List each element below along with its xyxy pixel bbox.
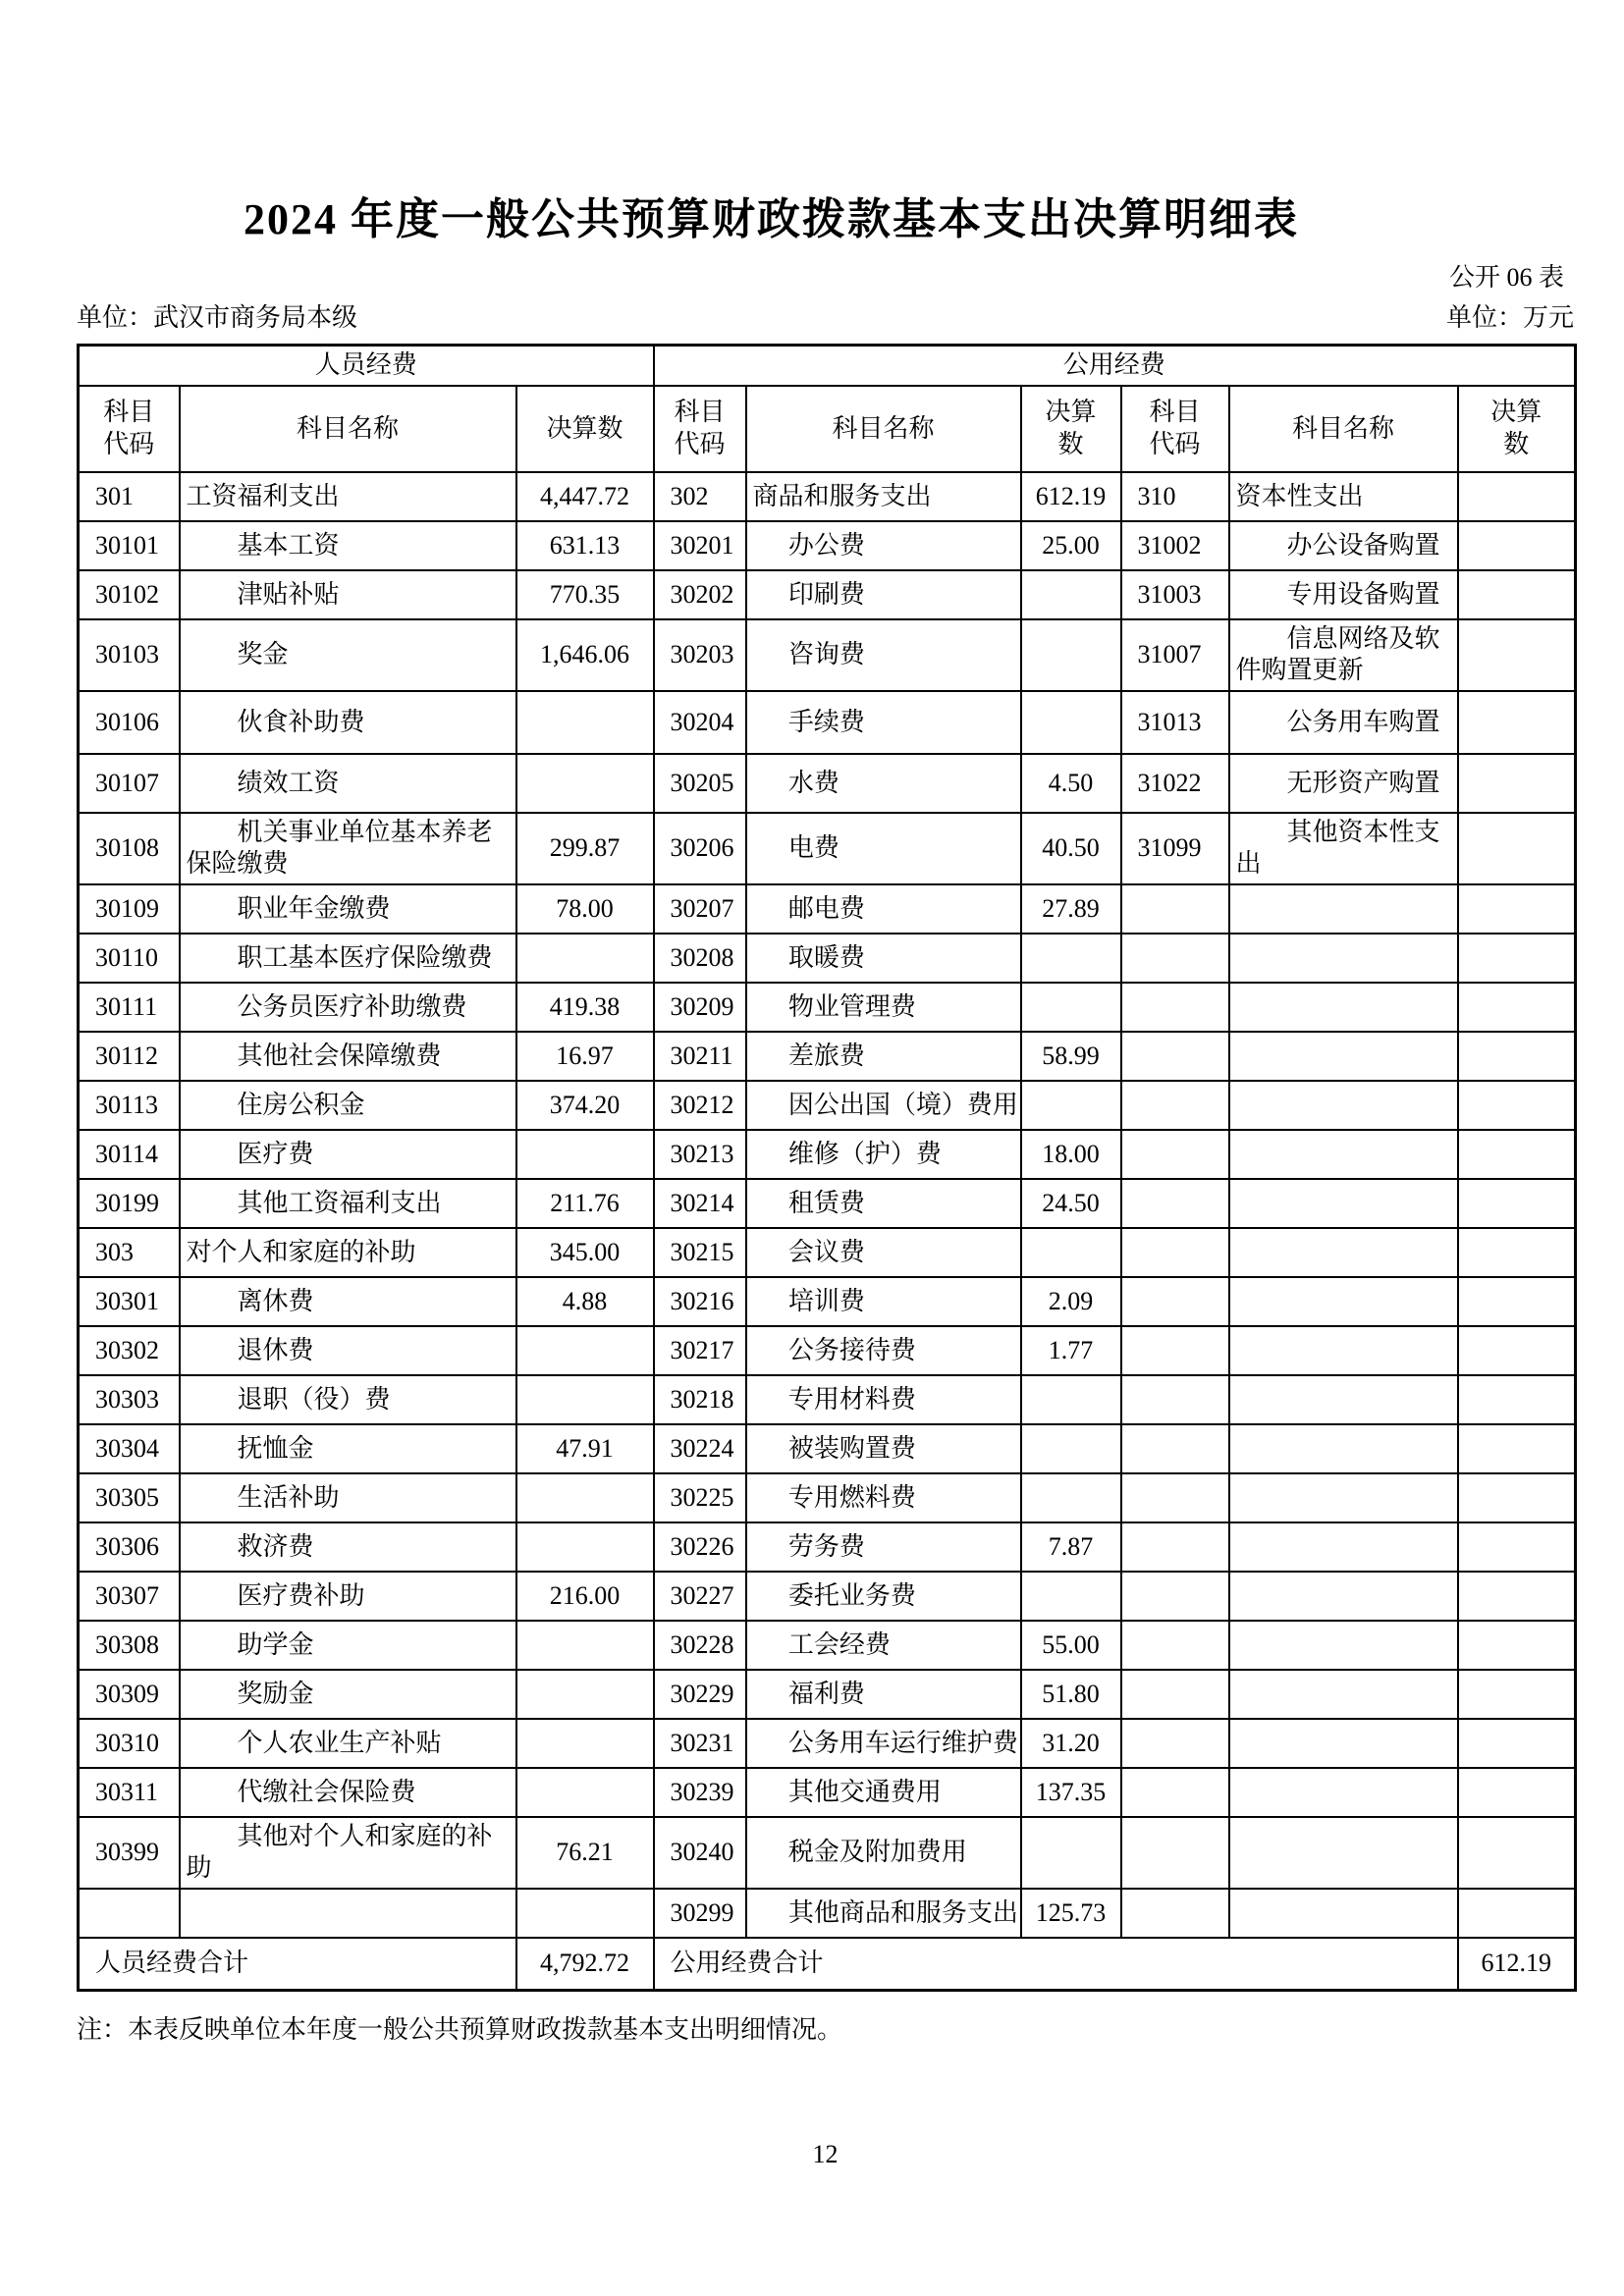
subject-code-cell: 30110	[79, 934, 180, 983]
amount-cell	[516, 754, 654, 813]
subject-code-cell: 30303	[79, 1375, 180, 1424]
group-header-public: 公用经费	[654, 346, 1576, 386]
subject-code-cell	[1121, 1522, 1229, 1572]
amount-cell	[1021, 983, 1121, 1032]
subject-code-cell: 30217	[654, 1326, 746, 1375]
table-row: 30111公务员医疗补助缴费419.3830209物业管理费	[79, 983, 1576, 1032]
subject-name-cell	[1229, 1768, 1458, 1817]
subject-name-cell: 会议费	[746, 1228, 1021, 1277]
amount-cell	[1458, 1375, 1576, 1424]
table-row: 303对个人和家庭的补助345.0030215会议费	[79, 1228, 1576, 1277]
amount-cell	[1458, 1179, 1576, 1228]
amount-cell	[1021, 619, 1121, 691]
subject-name-cell: 其他交通费用	[746, 1768, 1021, 1817]
table-row: 30311代缴社会保险费30239其他交通费用137.35	[79, 1768, 1576, 1817]
subject-name-cell: 培训费	[746, 1277, 1021, 1326]
subject-name-cell	[1229, 934, 1458, 983]
subject-name-cell: 专用材料费	[746, 1375, 1021, 1424]
amount-cell: 58.99	[1021, 1032, 1121, 1081]
subject-name-cell: 公务用车运行维护费	[746, 1719, 1021, 1768]
amount-cell	[1021, 1081, 1121, 1130]
amount-cell	[1458, 1719, 1576, 1768]
amount-cell	[516, 1670, 654, 1719]
column-header-name: 科目名称	[1229, 386, 1458, 472]
subject-code-cell: 30228	[654, 1621, 746, 1670]
table-row: 30399其他对个人和家庭的补助76.2130240税金及附加费用	[79, 1817, 1576, 1889]
subject-code-cell: 30201	[654, 521, 746, 570]
table-row: 30102津贴补贴770.3530202印刷费31003专用设备购置	[79, 570, 1576, 619]
subject-code-cell	[1121, 1032, 1229, 1081]
amount-cell	[1458, 934, 1576, 983]
public-total-value: 612.19	[1458, 1938, 1576, 1991]
amount-cell: 76.21	[516, 1817, 654, 1889]
subject-name-cell: 退职（役）费	[180, 1375, 516, 1424]
budget-table: 人员经费 公用经费 科目代码 科目名称 决算数 科目代码 科目名称 决算数 科目…	[77, 344, 1577, 1992]
subject-name-cell: 伙食补助费	[180, 691, 516, 754]
subject-name-cell: 退休费	[180, 1326, 516, 1375]
subject-name-cell: 水费	[746, 754, 1021, 813]
subject-name-cell: 其他商品和服务支出	[746, 1889, 1021, 1938]
subject-code-cell: 30113	[79, 1081, 180, 1130]
amount-cell: 137.35	[1021, 1768, 1121, 1817]
amount-cell	[1458, 1621, 1576, 1670]
subject-name-cell: 其他社会保障缴费	[180, 1032, 516, 1081]
subject-name-cell: 维修（护）费	[746, 1130, 1021, 1179]
subject-code-cell: 310	[1121, 472, 1229, 521]
table-row: 30106伙食补助费30204手续费31013公务用车购置	[79, 691, 1576, 754]
subject-name-cell	[1229, 1817, 1458, 1889]
subject-name-cell	[1229, 1081, 1458, 1130]
footnote: 注：本表反映单位本年度一般公共预算财政拨款基本支出明细情况。	[77, 2009, 1574, 2046]
subject-name-cell: 工会经费	[746, 1621, 1021, 1670]
subject-code-cell: 31099	[1121, 813, 1229, 884]
amount-cell	[1458, 1817, 1576, 1889]
subject-code-cell: 30308	[79, 1621, 180, 1670]
amount-cell	[1458, 521, 1576, 570]
column-header-code: 科目代码	[1121, 386, 1229, 472]
table-row: 30112其他社会保障缴费16.9730211差旅费58.99	[79, 1032, 1576, 1081]
subject-name-cell: 奖金	[180, 619, 516, 691]
amount-cell	[1458, 691, 1576, 754]
subject-code-cell: 301	[79, 472, 180, 521]
subject-name-cell: 个人农业生产补贴	[180, 1719, 516, 1768]
subject-name-cell: 医疗费	[180, 1130, 516, 1179]
subject-name-cell: 因公出国（境）费用	[746, 1081, 1021, 1130]
table-row: 30110职工基本医疗保险缴费30208取暖费	[79, 934, 1576, 983]
amount-cell: 299.87	[516, 813, 654, 884]
subject-code-cell: 30224	[654, 1424, 746, 1473]
amount-cell	[1458, 472, 1576, 521]
table-row: 30108机关事业单位基本养老保险缴费299.8730206电费40.50310…	[79, 813, 1576, 884]
subject-code-cell: 30102	[79, 570, 180, 619]
subject-code-cell: 302	[654, 472, 746, 521]
subject-code-cell	[1121, 1326, 1229, 1375]
table-row: 30307医疗费补助216.0030227委托业务费	[79, 1572, 1576, 1621]
currency-unit-label: 单位：万元	[1446, 297, 1574, 334]
subject-name-cell: 离休费	[180, 1277, 516, 1326]
subject-code-cell: 30218	[654, 1375, 746, 1424]
amount-cell: 419.38	[516, 983, 654, 1032]
table-row: 30109职业年金缴费78.0030207邮电费27.89	[79, 884, 1576, 934]
subject-name-cell: 租赁费	[746, 1179, 1021, 1228]
amount-cell: 1.77	[1021, 1326, 1121, 1375]
subject-name-cell: 印刷费	[746, 570, 1021, 619]
subject-code-cell: 30199	[79, 1179, 180, 1228]
subject-code-cell: 30216	[654, 1277, 746, 1326]
table-row: 30303退职（役）费30218专用材料费	[79, 1375, 1576, 1424]
subject-name-cell: 商品和服务支出	[746, 472, 1021, 521]
subject-code-cell: 31002	[1121, 521, 1229, 570]
amount-cell	[516, 934, 654, 983]
amount-cell: 24.50	[1021, 1179, 1121, 1228]
subject-code-cell	[1121, 1719, 1229, 1768]
subject-name-cell: 差旅费	[746, 1032, 1021, 1081]
subject-name-cell: 福利费	[746, 1670, 1021, 1719]
subject-name-cell: 助学金	[180, 1621, 516, 1670]
amount-cell	[516, 1768, 654, 1817]
amount-cell	[1458, 813, 1576, 884]
subject-name-cell: 抚恤金	[180, 1424, 516, 1473]
subject-code-cell	[1121, 1473, 1229, 1522]
subject-code-cell: 30299	[654, 1889, 746, 1938]
subject-name-cell: 税金及附加费用	[746, 1817, 1021, 1889]
subject-code-cell: 31022	[1121, 754, 1229, 813]
subject-name-cell: 咨询费	[746, 619, 1021, 691]
subject-name-cell: 对个人和家庭的补助	[180, 1228, 516, 1277]
amount-cell: 216.00	[516, 1572, 654, 1621]
column-header-name: 科目名称	[180, 386, 516, 472]
table-row: 30309奖励金30229福利费51.80	[79, 1670, 1576, 1719]
subject-code-cell: 30307	[79, 1572, 180, 1621]
amount-cell	[1021, 1228, 1121, 1277]
subject-name-cell: 信息网络及软件购置更新	[1229, 619, 1458, 691]
subject-name-cell: 公务用车购置	[1229, 691, 1458, 754]
amount-cell: 4.88	[516, 1277, 654, 1326]
subject-code-cell: 30301	[79, 1277, 180, 1326]
amount-cell	[1021, 1572, 1121, 1621]
column-header-code: 科目代码	[79, 386, 180, 472]
amount-cell	[516, 1889, 654, 1938]
form-number-label: 公开 06 表	[77, 257, 1574, 294]
amount-cell: 55.00	[1021, 1621, 1121, 1670]
amount-cell	[1458, 570, 1576, 619]
subject-name-cell: 奖励金	[180, 1670, 516, 1719]
table-row: 30113住房公积金374.2030212因公出国（境）费用	[79, 1081, 1576, 1130]
subject-code-cell: 30310	[79, 1719, 180, 1768]
amount-cell: 2.09	[1021, 1277, 1121, 1326]
amount-cell: 27.89	[1021, 884, 1121, 934]
subject-name-cell: 手续费	[746, 691, 1021, 754]
subject-code-cell: 30108	[79, 813, 180, 884]
subject-name-cell: 专用燃料费	[746, 1473, 1021, 1522]
page-number: 12	[77, 2140, 1574, 2169]
subject-name-cell: 资本性支出	[1229, 472, 1458, 521]
unit-row: 单位：武汉市商务局本级 单位：万元	[77, 297, 1574, 334]
group-header-personnel: 人员经费	[79, 346, 654, 386]
document-page: 2024 年度一般公共预算财政拨款基本支出决算明细表 公开 06 表 单位：武汉…	[0, 0, 1624, 2296]
amount-cell	[516, 1621, 654, 1670]
subject-code-cell: 30204	[654, 691, 746, 754]
subject-code-cell	[1121, 1228, 1229, 1277]
table-row: 30304抚恤金47.9130224被装购置费	[79, 1424, 1576, 1473]
subject-code-cell	[1121, 1817, 1229, 1889]
subject-code-cell: 30399	[79, 1817, 180, 1889]
amount-cell	[516, 1375, 654, 1424]
amount-cell: 18.00	[1021, 1130, 1121, 1179]
subject-name-cell: 代缴社会保险费	[180, 1768, 516, 1817]
amount-cell	[1458, 884, 1576, 934]
amount-cell: 7.87	[1021, 1522, 1121, 1572]
subject-code-cell	[1121, 1130, 1229, 1179]
amount-cell	[516, 1522, 654, 1572]
subject-code-cell: 30203	[654, 619, 746, 691]
amount-cell: 770.35	[516, 570, 654, 619]
subject-code-cell	[1121, 1424, 1229, 1473]
subject-name-cell: 住房公积金	[180, 1081, 516, 1130]
subject-name-cell: 职业年金缴费	[180, 884, 516, 934]
subject-name-cell	[1229, 1522, 1458, 1572]
amount-cell	[1021, 1424, 1121, 1473]
amount-cell	[1458, 1670, 1576, 1719]
subject-name-cell: 公务员医疗补助缴费	[180, 983, 516, 1032]
subject-code-cell: 30211	[654, 1032, 746, 1081]
column-header-amount: 决算数	[516, 386, 654, 472]
table-row: 30299其他商品和服务支出125.73	[79, 1889, 1576, 1938]
subject-name-cell	[1229, 1032, 1458, 1081]
amount-cell: 211.76	[516, 1179, 654, 1228]
table-row: 30308助学金30228工会经费55.00	[79, 1621, 1576, 1670]
subject-code-cell: 30112	[79, 1032, 180, 1081]
subject-name-cell: 医疗费补助	[180, 1572, 516, 1621]
column-header-amount: 决算数	[1021, 386, 1121, 472]
column-header-name: 科目名称	[746, 386, 1021, 472]
subject-code-cell	[1121, 1277, 1229, 1326]
public-total-label: 公用经费合计	[654, 1938, 1458, 1991]
amount-cell: 374.20	[516, 1081, 654, 1130]
amount-cell	[1458, 1424, 1576, 1473]
table-row: 30310个人农业生产补贴30231公务用车运行维护费31.20	[79, 1719, 1576, 1768]
subject-code-cell	[1121, 1179, 1229, 1228]
amount-cell	[516, 1719, 654, 1768]
amount-cell	[1458, 1889, 1576, 1938]
amount-cell: 1,646.06	[516, 619, 654, 691]
amount-cell	[1458, 983, 1576, 1032]
amount-cell: 78.00	[516, 884, 654, 934]
subject-code-cell: 30205	[654, 754, 746, 813]
subject-name-cell: 被装购置费	[746, 1424, 1021, 1473]
amount-cell	[1458, 1130, 1576, 1179]
subject-code-cell	[1121, 1889, 1229, 1938]
subject-name-cell	[1229, 1889, 1458, 1938]
subject-code-cell	[1121, 1572, 1229, 1621]
subject-code-cell: 30227	[654, 1572, 746, 1621]
subject-name-cell: 其他资本性支出	[1229, 813, 1458, 884]
amount-cell: 47.91	[516, 1424, 654, 1473]
amount-cell: 345.00	[516, 1228, 654, 1277]
table-row: 30107绩效工资30205水费4.5031022无形资产购置	[79, 754, 1576, 813]
subject-code-cell: 30305	[79, 1473, 180, 1522]
subject-name-cell	[1229, 1326, 1458, 1375]
subject-name-cell	[1229, 1228, 1458, 1277]
subject-code-cell	[1121, 884, 1229, 934]
subject-code-cell: 31007	[1121, 619, 1229, 691]
subject-code-cell: 30214	[654, 1179, 746, 1228]
subject-name-cell: 劳务费	[746, 1522, 1021, 1572]
subject-code-cell: 30213	[654, 1130, 746, 1179]
subject-name-cell: 无形资产购置	[1229, 754, 1458, 813]
subject-code-cell: 30209	[654, 983, 746, 1032]
subject-code-cell: 30107	[79, 754, 180, 813]
subject-name-cell: 基本工资	[180, 521, 516, 570]
subject-code-cell	[79, 1889, 180, 1938]
subject-name-cell: 生活补助	[180, 1473, 516, 1522]
subject-name-cell: 办公费	[746, 521, 1021, 570]
subject-code-cell: 30240	[654, 1817, 746, 1889]
subject-name-cell: 办公设备购置	[1229, 521, 1458, 570]
subject-code-cell: 30212	[654, 1081, 746, 1130]
subject-name-cell	[1229, 1621, 1458, 1670]
table-row: 30101基本工资631.1330201办公费25.0031002办公设备购置	[79, 521, 1576, 570]
subject-name-cell	[1229, 1572, 1458, 1621]
subject-name-cell: 专用设备购置	[1229, 570, 1458, 619]
subject-code-cell	[1121, 1670, 1229, 1719]
subject-code-cell	[1121, 1375, 1229, 1424]
amount-cell	[1458, 1572, 1576, 1621]
subject-name-cell: 津贴补贴	[180, 570, 516, 619]
amount-cell	[1021, 691, 1121, 754]
amount-cell	[516, 1473, 654, 1522]
subject-name-cell	[1229, 1130, 1458, 1179]
subject-name-cell	[1229, 1277, 1458, 1326]
subject-code-cell: 30208	[654, 934, 746, 983]
subject-name-cell: 职工基本医疗保险缴费	[180, 934, 516, 983]
amount-cell	[516, 691, 654, 754]
amount-cell	[1458, 1277, 1576, 1326]
subject-code-cell: 31003	[1121, 570, 1229, 619]
page-title: 2024 年度一般公共预算财政拨款基本支出决算明细表	[77, 196, 1574, 243]
amount-cell	[1458, 754, 1576, 813]
column-header-amount: 决算数	[1458, 386, 1576, 472]
subject-name-cell	[180, 1889, 516, 1938]
subject-code-cell: 30106	[79, 691, 180, 754]
subject-code-cell: 30302	[79, 1326, 180, 1375]
subject-name-cell: 取暖费	[746, 934, 1021, 983]
subject-name-cell	[1229, 1473, 1458, 1522]
subject-name-cell: 绩效工资	[180, 754, 516, 813]
subject-code-cell: 30239	[654, 1768, 746, 1817]
subject-code-cell: 30109	[79, 884, 180, 934]
subject-name-cell	[1229, 1719, 1458, 1768]
amount-cell	[1458, 1768, 1576, 1817]
subject-name-cell: 救济费	[180, 1522, 516, 1572]
table-row: 30103奖金1,646.0630203咨询费31007信息网络及软件购置更新	[79, 619, 1576, 691]
amount-cell: 4.50	[1021, 754, 1121, 813]
amount-cell	[1458, 1326, 1576, 1375]
amount-cell	[516, 1130, 654, 1179]
amount-cell	[1458, 1473, 1576, 1522]
table-row: 30199其他工资福利支出211.7630214租赁费24.50	[79, 1179, 1576, 1228]
subject-code-cell: 30111	[79, 983, 180, 1032]
subject-code-cell	[1121, 983, 1229, 1032]
table-row: 30306救济费30226劳务费7.87	[79, 1522, 1576, 1572]
table-body: 301工资福利支出4,447.72302商品和服务支出612.19310资本性支…	[79, 472, 1576, 1938]
amount-cell: 51.80	[1021, 1670, 1121, 1719]
personnel-total-label: 人员经费合计	[79, 1938, 516, 1991]
amount-cell: 631.13	[516, 521, 654, 570]
subject-name-cell: 其他工资福利支出	[180, 1179, 516, 1228]
subject-name-cell: 机关事业单位基本养老保险缴费	[180, 813, 516, 884]
amount-cell	[1458, 619, 1576, 691]
subject-code-cell: 30202	[654, 570, 746, 619]
amount-cell	[1458, 1081, 1576, 1130]
amount-cell	[1458, 1228, 1576, 1277]
table-row: 30114医疗费30213维修（护）费18.00	[79, 1130, 1576, 1179]
subject-code-cell	[1121, 1621, 1229, 1670]
subject-name-cell: 电费	[746, 813, 1021, 884]
amount-cell	[1021, 934, 1121, 983]
amount-cell: 40.50	[1021, 813, 1121, 884]
subject-code-cell: 30225	[654, 1473, 746, 1522]
amount-cell	[1021, 1375, 1121, 1424]
amount-cell	[1021, 1473, 1121, 1522]
subject-name-cell	[1229, 1179, 1458, 1228]
subject-code-cell: 30207	[654, 884, 746, 934]
subject-name-cell	[1229, 1424, 1458, 1473]
subject-name-cell: 公务接待费	[746, 1326, 1021, 1375]
subject-code-cell: 30206	[654, 813, 746, 884]
subject-code-cell: 30226	[654, 1522, 746, 1572]
table-row: 30301离休费4.8830216培训费2.09	[79, 1277, 1576, 1326]
amount-cell: 125.73	[1021, 1889, 1121, 1938]
subject-name-cell	[1229, 884, 1458, 934]
subject-code-cell: 30231	[654, 1719, 746, 1768]
subject-name-cell: 委托业务费	[746, 1572, 1021, 1621]
subject-name-cell	[1229, 1375, 1458, 1424]
table-row: 30305生活补助30225专用燃料费	[79, 1473, 1576, 1522]
amount-cell: 612.19	[1021, 472, 1121, 521]
subject-code-cell: 30215	[654, 1228, 746, 1277]
table-row: 30302退休费30217公务接待费1.77	[79, 1326, 1576, 1375]
subject-name-cell: 邮电费	[746, 884, 1021, 934]
amount-cell	[1021, 570, 1121, 619]
subject-code-cell	[1121, 1081, 1229, 1130]
column-header-code: 科目代码	[654, 386, 746, 472]
subject-code-cell: 30304	[79, 1424, 180, 1473]
subject-code-cell: 30103	[79, 619, 180, 691]
amount-cell	[1458, 1522, 1576, 1572]
subject-code-cell	[1121, 1768, 1229, 1817]
subject-name-cell: 工资福利支出	[180, 472, 516, 521]
subject-code-cell: 30306	[79, 1522, 180, 1572]
amount-cell	[1021, 1817, 1121, 1889]
amount-cell: 4,447.72	[516, 472, 654, 521]
amount-cell	[516, 1326, 654, 1375]
amount-cell: 25.00	[1021, 521, 1121, 570]
amount-cell: 31.20	[1021, 1719, 1121, 1768]
amount-cell: 16.97	[516, 1032, 654, 1081]
totals-row: 人员经费合计 4,792.72 公用经费合计 612.19	[79, 1938, 1576, 1991]
subject-code-cell: 30229	[654, 1670, 746, 1719]
subject-code-cell: 30101	[79, 521, 180, 570]
amount-cell	[1458, 1032, 1576, 1081]
subject-code-cell: 30311	[79, 1768, 180, 1817]
reporting-unit-label: 单位：武汉市商务局本级	[77, 297, 357, 334]
subject-name-cell: 物业管理费	[746, 983, 1021, 1032]
table-row: 301工资福利支出4,447.72302商品和服务支出612.19310资本性支…	[79, 472, 1576, 521]
subject-code-cell: 30114	[79, 1130, 180, 1179]
subject-name-cell: 其他对个人和家庭的补助	[180, 1817, 516, 1889]
subject-name-cell	[1229, 1670, 1458, 1719]
